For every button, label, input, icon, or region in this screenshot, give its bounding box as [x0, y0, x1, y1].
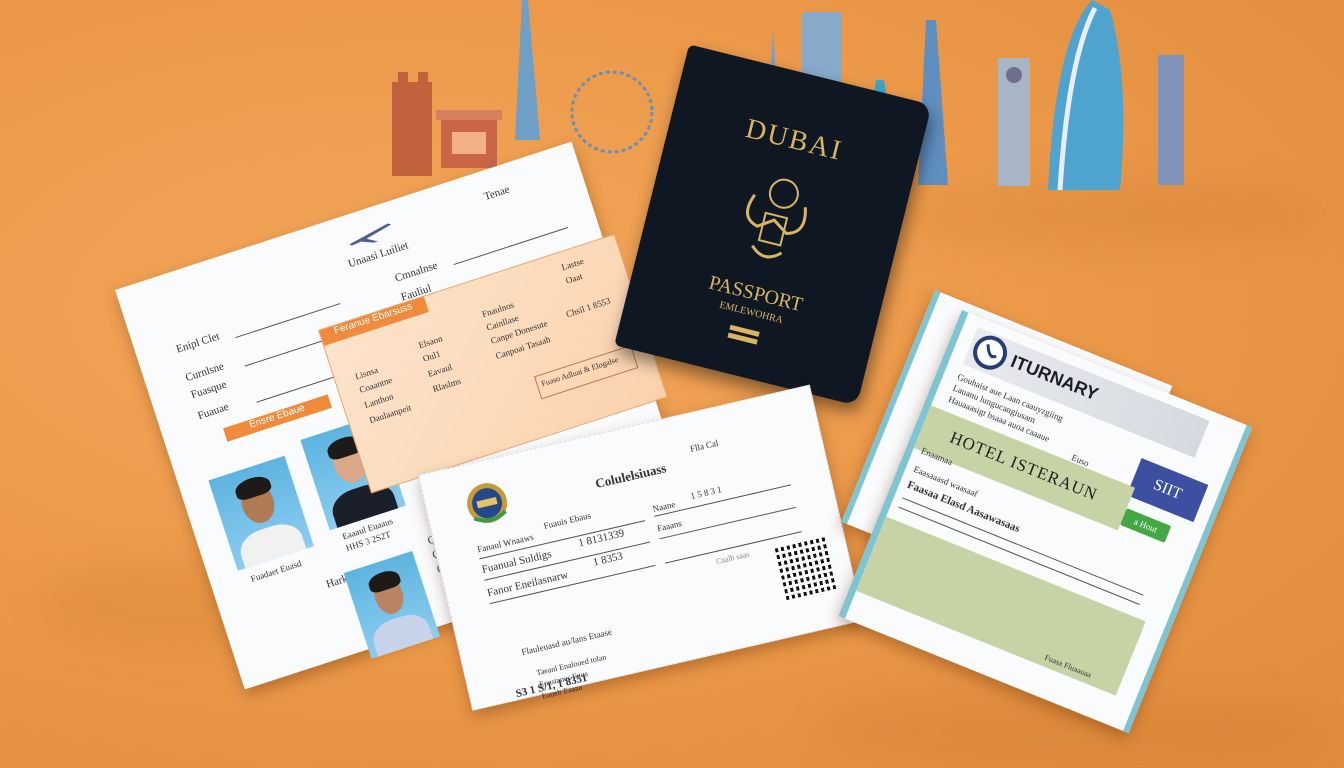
form-field-label: Tenae: [483, 184, 512, 203]
form-field-label: Fuasque: [190, 379, 229, 402]
panel-field: Elsaon: [417, 333, 443, 350]
form-field-label: Fuauae: [196, 401, 230, 422]
tower-icon: [1158, 55, 1184, 185]
panel-field: Lanthon: [363, 391, 395, 410]
panel-ref: Chsil 1 8553: [565, 296, 612, 320]
stamp-box: Fuaso Adluai & Elogalse: [534, 345, 638, 399]
eagle-seal-icon: [718, 161, 830, 280]
status-badge: a Hout: [1120, 508, 1171, 543]
gold-seal-icon: [461, 477, 514, 530]
stamp-text: Fuaso Adluai & Elogalse: [540, 355, 619, 388]
form-field-label: Cmnalnse: [393, 260, 439, 285]
details-band: [856, 517, 1146, 696]
burj-khalifa-icon: [515, 0, 540, 140]
sign-label: Caalh saas: [715, 550, 750, 566]
applicant-photo: [208, 456, 313, 571]
fort-tower-icon: [392, 72, 432, 176]
card-title: Colulelsiuass: [594, 460, 668, 492]
footer-line: Flauleuasd au/lans Etaase: [520, 627, 612, 658]
applicant-photo: [344, 551, 440, 659]
form-field-label: Enipl Clet: [175, 330, 221, 355]
card-right-value: 1 5 8 3 1: [690, 484, 723, 501]
card-row-value: Fuauis Ebaus: [543, 510, 592, 531]
panel-field: Oul1: [422, 349, 442, 364]
card-row-label: Fanaul Wnaaws: [476, 532, 534, 555]
dubai-frame-ring-icon: [572, 72, 652, 152]
biometric-chip-icon: [729, 325, 759, 337]
gate-building-icon: [436, 110, 502, 168]
panel-field: Rlaslms: [431, 376, 462, 394]
panel-field: Lastse: [560, 256, 585, 273]
card-corner-label: Flla Cal: [689, 438, 719, 454]
panel-field: Oaat: [564, 271, 583, 286]
qr-code-icon[interactable]: [774, 536, 839, 601]
card-right-label: Faaans: [656, 518, 683, 533]
panel-field: Eavaul: [426, 362, 453, 379]
